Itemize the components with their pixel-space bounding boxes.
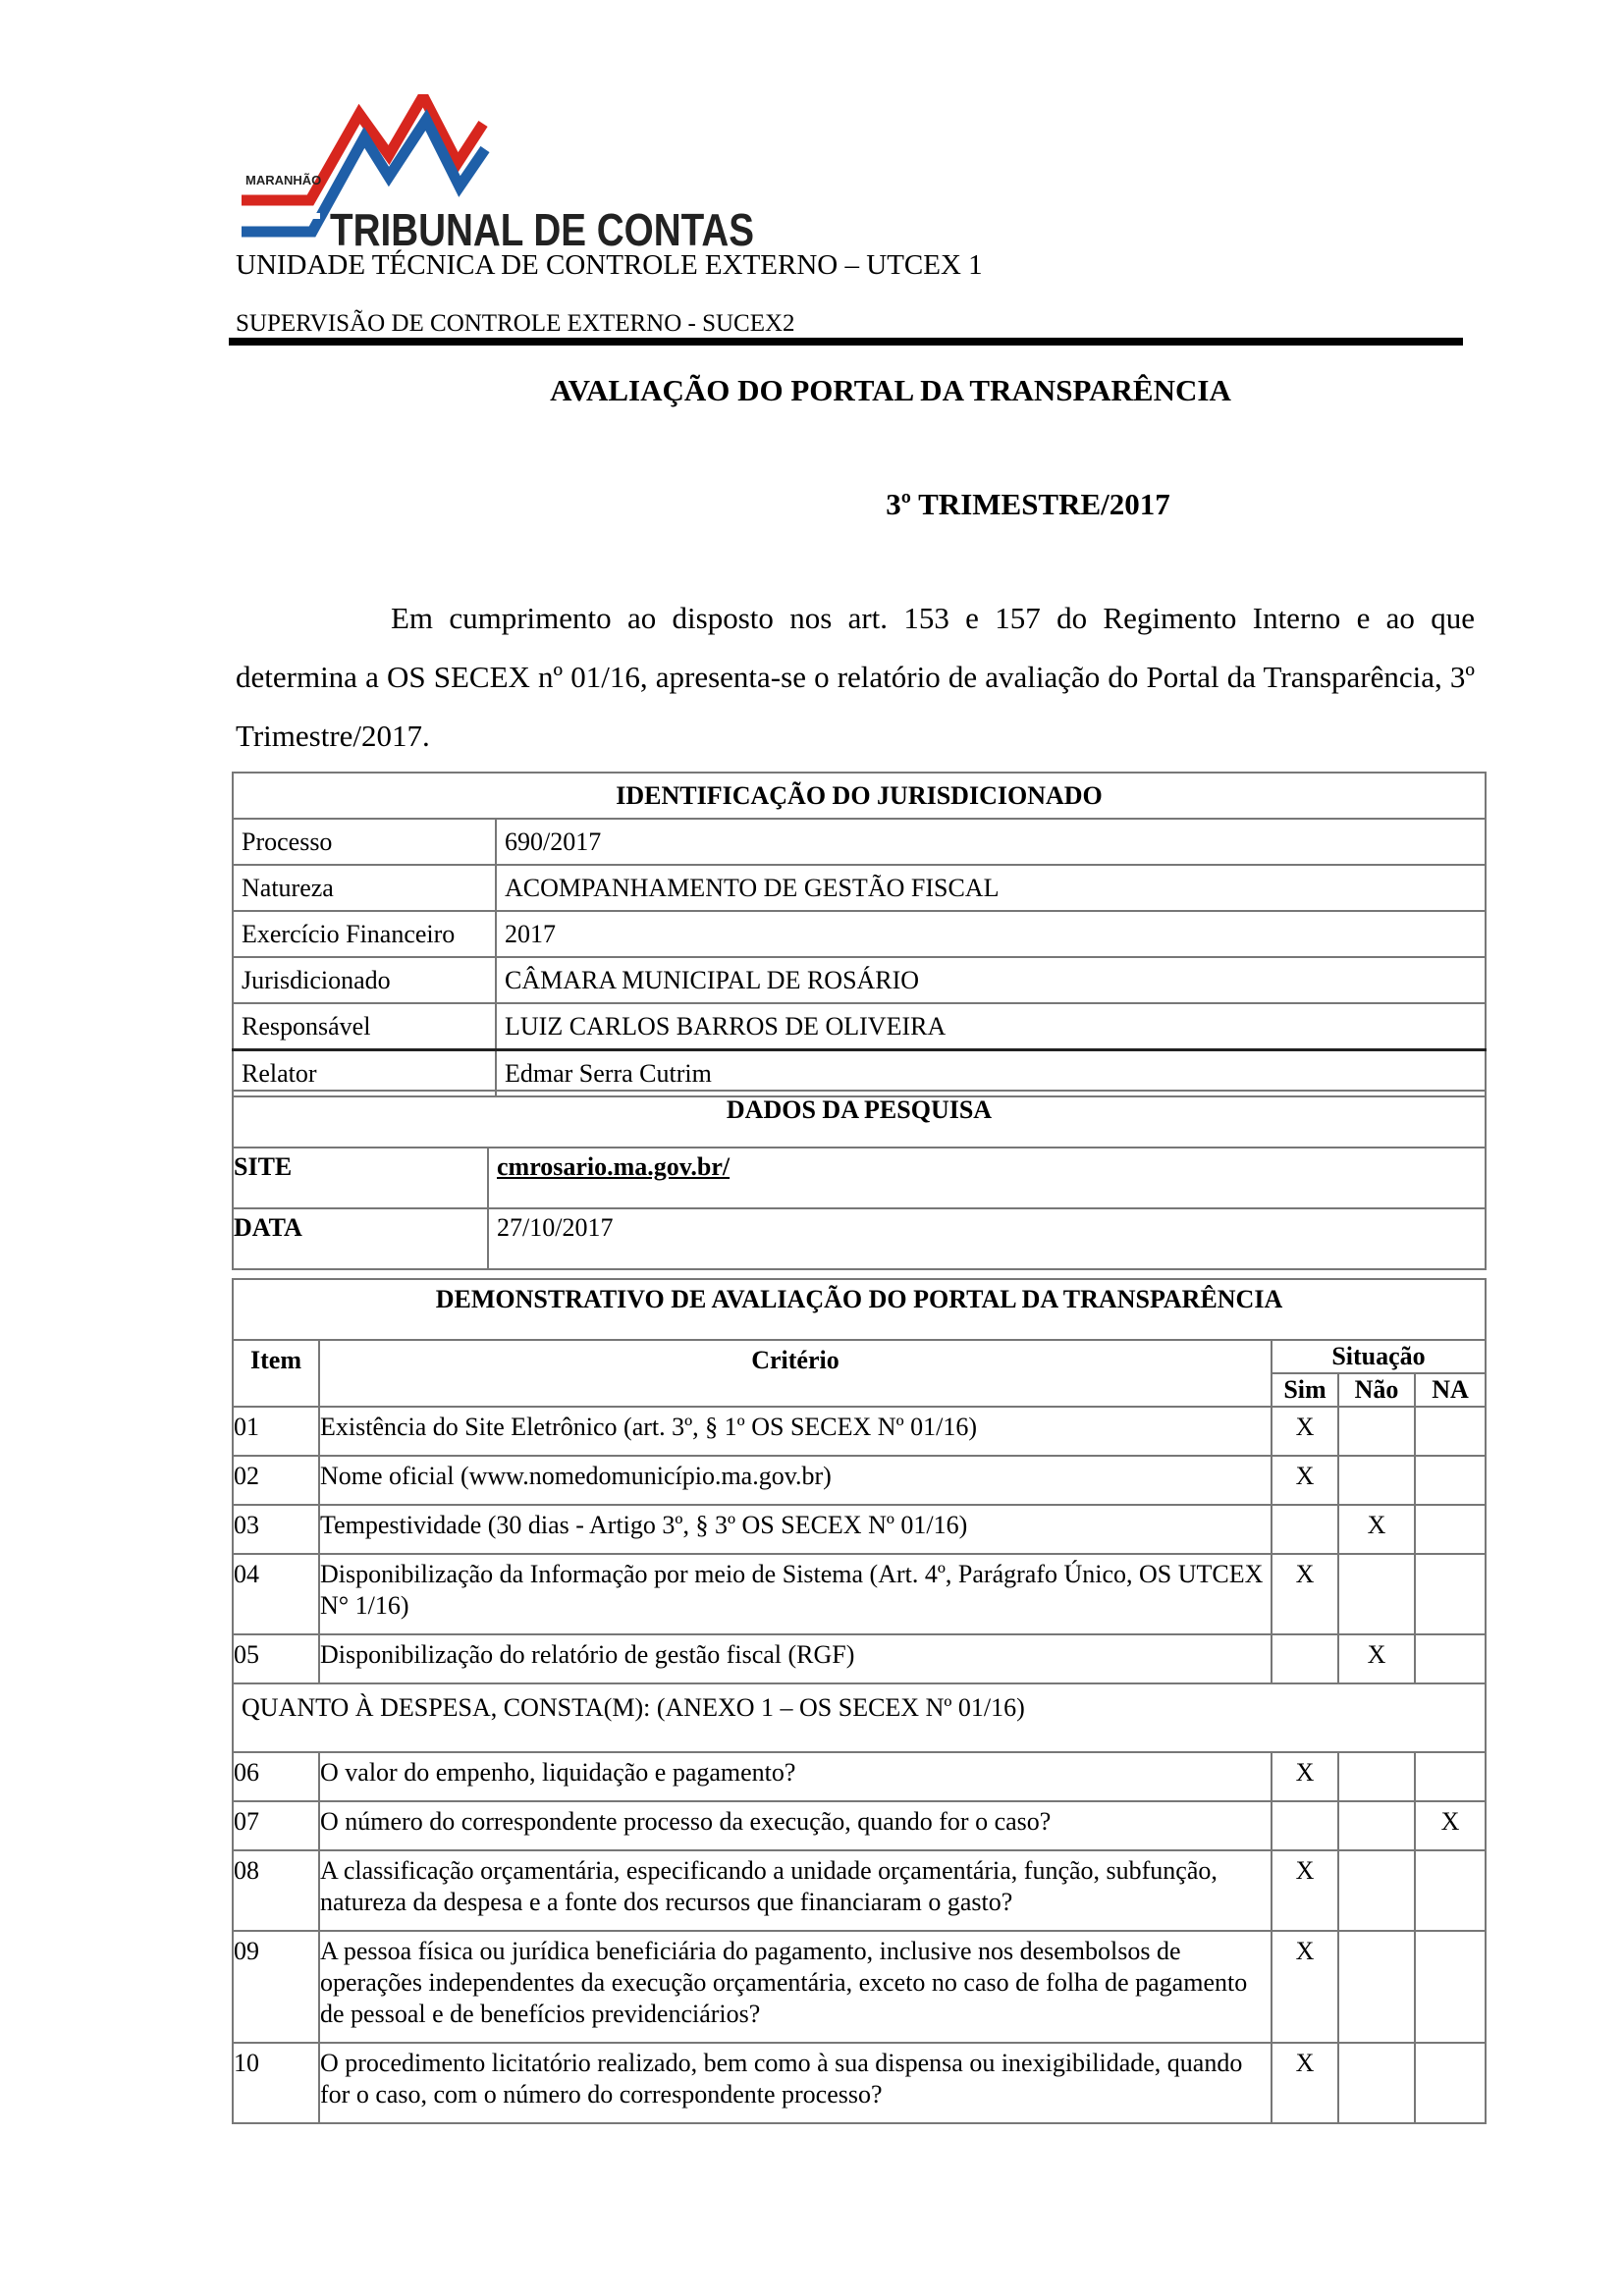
value-responsavel: LUIZ CARLOS BARROS DE OLIVEIRA — [496, 1003, 1486, 1050]
status-nao-cell: X — [1338, 1634, 1415, 1683]
expense-group-heading: QUANTO À DESPESA, CONSTA(M): (ANEXO 1 – … — [233, 1683, 1486, 1752]
value-processo: 690/2017 — [496, 819, 1486, 865]
criterion-text: Tempestividade (30 dias - Artigo 3º, § 3… — [319, 1505, 1272, 1554]
criterion-text: O procedimento licitatório realizado, be… — [319, 2043, 1272, 2123]
item-number: 02 — [233, 1456, 319, 1505]
evaluation-table: DEMONSTRATIVO DE AVALIAÇÃO DO PORTAL DA … — [232, 1278, 1487, 2124]
criterion-text: Disponibilização do relatório de gestão … — [319, 1634, 1272, 1683]
value-natureza: ACOMPANHAMENTO DE GESTÃO FISCAL — [496, 865, 1486, 911]
status-nao-cell — [1338, 1801, 1415, 1850]
identification-heading: IDENTIFICAÇÃO DO JURISDICIONADO — [233, 773, 1486, 819]
status-nao-cell — [1338, 1752, 1415, 1801]
status-sim-cell: X — [1272, 1554, 1338, 1634]
item-number: 04 — [233, 1554, 319, 1634]
research-heading: DADOS DA PESQUISA — [233, 1091, 1486, 1148]
criterion-text: Existência do Site Eletrônico (art. 3º, … — [319, 1407, 1272, 1456]
status-sim-cell — [1272, 1634, 1338, 1683]
header-divider — [229, 338, 1463, 346]
status-nao-cell — [1338, 1407, 1415, 1456]
status-sim-cell: X — [1272, 1407, 1338, 1456]
status-nao-cell — [1338, 1554, 1415, 1634]
criterion-text: O número do correspondente processo da e… — [319, 1801, 1272, 1850]
status-sim-cell: X — [1272, 1752, 1338, 1801]
supervision-name: SUPERVISÃO DE CONTROLE EXTERNO - SUCEX2 — [236, 310, 795, 338]
status-na-cell — [1415, 1752, 1486, 1801]
table-row: 06O valor do empenho, liquidação e pagam… — [233, 1752, 1486, 1801]
value-jurisdicionado: CÂMARA MUNICIPAL DE ROSÁRIO — [496, 957, 1486, 1003]
status-na-cell — [1415, 1456, 1486, 1505]
status-nao-cell — [1338, 1456, 1415, 1505]
site-link[interactable]: cmrosario.ma.gov.br/ — [497, 1152, 730, 1181]
criterion-text: Nome oficial (www.nomedomunicípio.ma.gov… — [319, 1456, 1272, 1505]
status-na-cell — [1415, 1850, 1486, 1931]
logo-name: TRIBUNAL DE CONTAS — [330, 204, 754, 249]
criterion-text: Disponibilização da Informação por meio … — [319, 1554, 1272, 1634]
unit-name: UNIDADE TÉCNICA DE CONTROLE EXTERNO – UT… — [236, 249, 983, 282]
criterion-text: O valor do empenho, liquidação e pagamen… — [319, 1752, 1272, 1801]
table-row: 10O procedimento licitatório realizado, … — [233, 2043, 1486, 2123]
status-nao-cell — [1338, 2043, 1415, 2123]
status-na-cell: X — [1415, 1801, 1486, 1850]
table-row: 07O número do correspondente processo da… — [233, 1801, 1486, 1850]
status-sim-cell: X — [1272, 2043, 1338, 2123]
status-na-cell — [1415, 1505, 1486, 1554]
col-status: Situação — [1272, 1340, 1486, 1373]
label-processo: Processo — [233, 819, 496, 865]
status-na-cell — [1415, 2043, 1486, 2123]
col-yes: Sim — [1272, 1373, 1338, 1407]
tce-logo: MARANHÃO TRIBUNAL DE CONTAS — [242, 94, 772, 249]
status-sim-cell: X — [1272, 1456, 1338, 1505]
identification-table: IDENTIFICAÇÃO DO JURISDICIONADO Processo… — [232, 772, 1487, 1097]
research-table: DADOS DA PESQUISA SITEcmrosario.ma.gov.b… — [232, 1090, 1487, 1270]
table-row: 03Tempestividade (30 dias - Artigo 3º, §… — [233, 1505, 1486, 1554]
item-number: 10 — [233, 2043, 319, 2123]
table-row: 02Nome oficial (www.nomedomunicípio.ma.g… — [233, 1456, 1486, 1505]
date-label: DATA — [233, 1208, 488, 1269]
status-na-cell — [1415, 1407, 1486, 1456]
table-row: 08A classificação orçamentária, especifi… — [233, 1850, 1486, 1931]
document-period: 3º TRIMESTRE/2017 — [0, 487, 1624, 522]
status-na-cell — [1415, 1554, 1486, 1634]
table-row: 09A pessoa física ou jurídica beneficiár… — [233, 1931, 1486, 2043]
label-exercicio: Exercício Financeiro — [233, 911, 496, 957]
criterion-text: A classificação orçamentária, especifica… — [319, 1850, 1272, 1931]
status-na-cell — [1415, 1634, 1486, 1683]
item-number: 07 — [233, 1801, 319, 1850]
item-number: 09 — [233, 1931, 319, 2043]
item-number: 03 — [233, 1505, 319, 1554]
col-item: Item — [233, 1340, 319, 1407]
item-number: 08 — [233, 1850, 319, 1931]
table-row: 01Existência do Site Eletrônico (art. 3º… — [233, 1407, 1486, 1456]
label-jurisdicionado: Jurisdicionado — [233, 957, 496, 1003]
col-na: NA — [1415, 1373, 1486, 1407]
status-sim-cell — [1272, 1505, 1338, 1554]
table-row: 05Disponibilização do relatório de gestã… — [233, 1634, 1486, 1683]
status-sim-cell: X — [1272, 1850, 1338, 1931]
status-sim-cell — [1272, 1801, 1338, 1850]
criterion-text: A pessoa física ou jurídica beneficiária… — [319, 1931, 1272, 2043]
table-row: 04Disponibilização da Informação por mei… — [233, 1554, 1486, 1634]
item-number: 06 — [233, 1752, 319, 1801]
site-label: SITE — [233, 1148, 488, 1208]
item-number: 01 — [233, 1407, 319, 1456]
logo-state: MARANHÃO — [245, 173, 321, 187]
status-na-cell — [1415, 1931, 1486, 2043]
value-exercicio: 2017 — [496, 911, 1486, 957]
label-natureza: Natureza — [233, 865, 496, 911]
item-number: 05 — [233, 1634, 319, 1683]
col-criterion: Critério — [319, 1340, 1272, 1407]
evaluation-heading: DEMONSTRATIVO DE AVALIAÇÃO DO PORTAL DA … — [233, 1279, 1486, 1340]
status-nao-cell: X — [1338, 1505, 1415, 1554]
status-nao-cell — [1338, 1931, 1415, 2043]
intro-paragraph: Em cumprimento ao disposto nos art. 153 … — [236, 589, 1475, 766]
status-nao-cell — [1338, 1850, 1415, 1931]
date-value: 27/10/2017 — [488, 1208, 1486, 1269]
col-no: Não — [1338, 1373, 1415, 1407]
label-responsavel: Responsável — [233, 1003, 496, 1050]
document-title: AVALIAÇÃO DO PORTAL DA TRANSPARÊNCIA — [0, 373, 1624, 408]
status-sim-cell: X — [1272, 1931, 1338, 2043]
